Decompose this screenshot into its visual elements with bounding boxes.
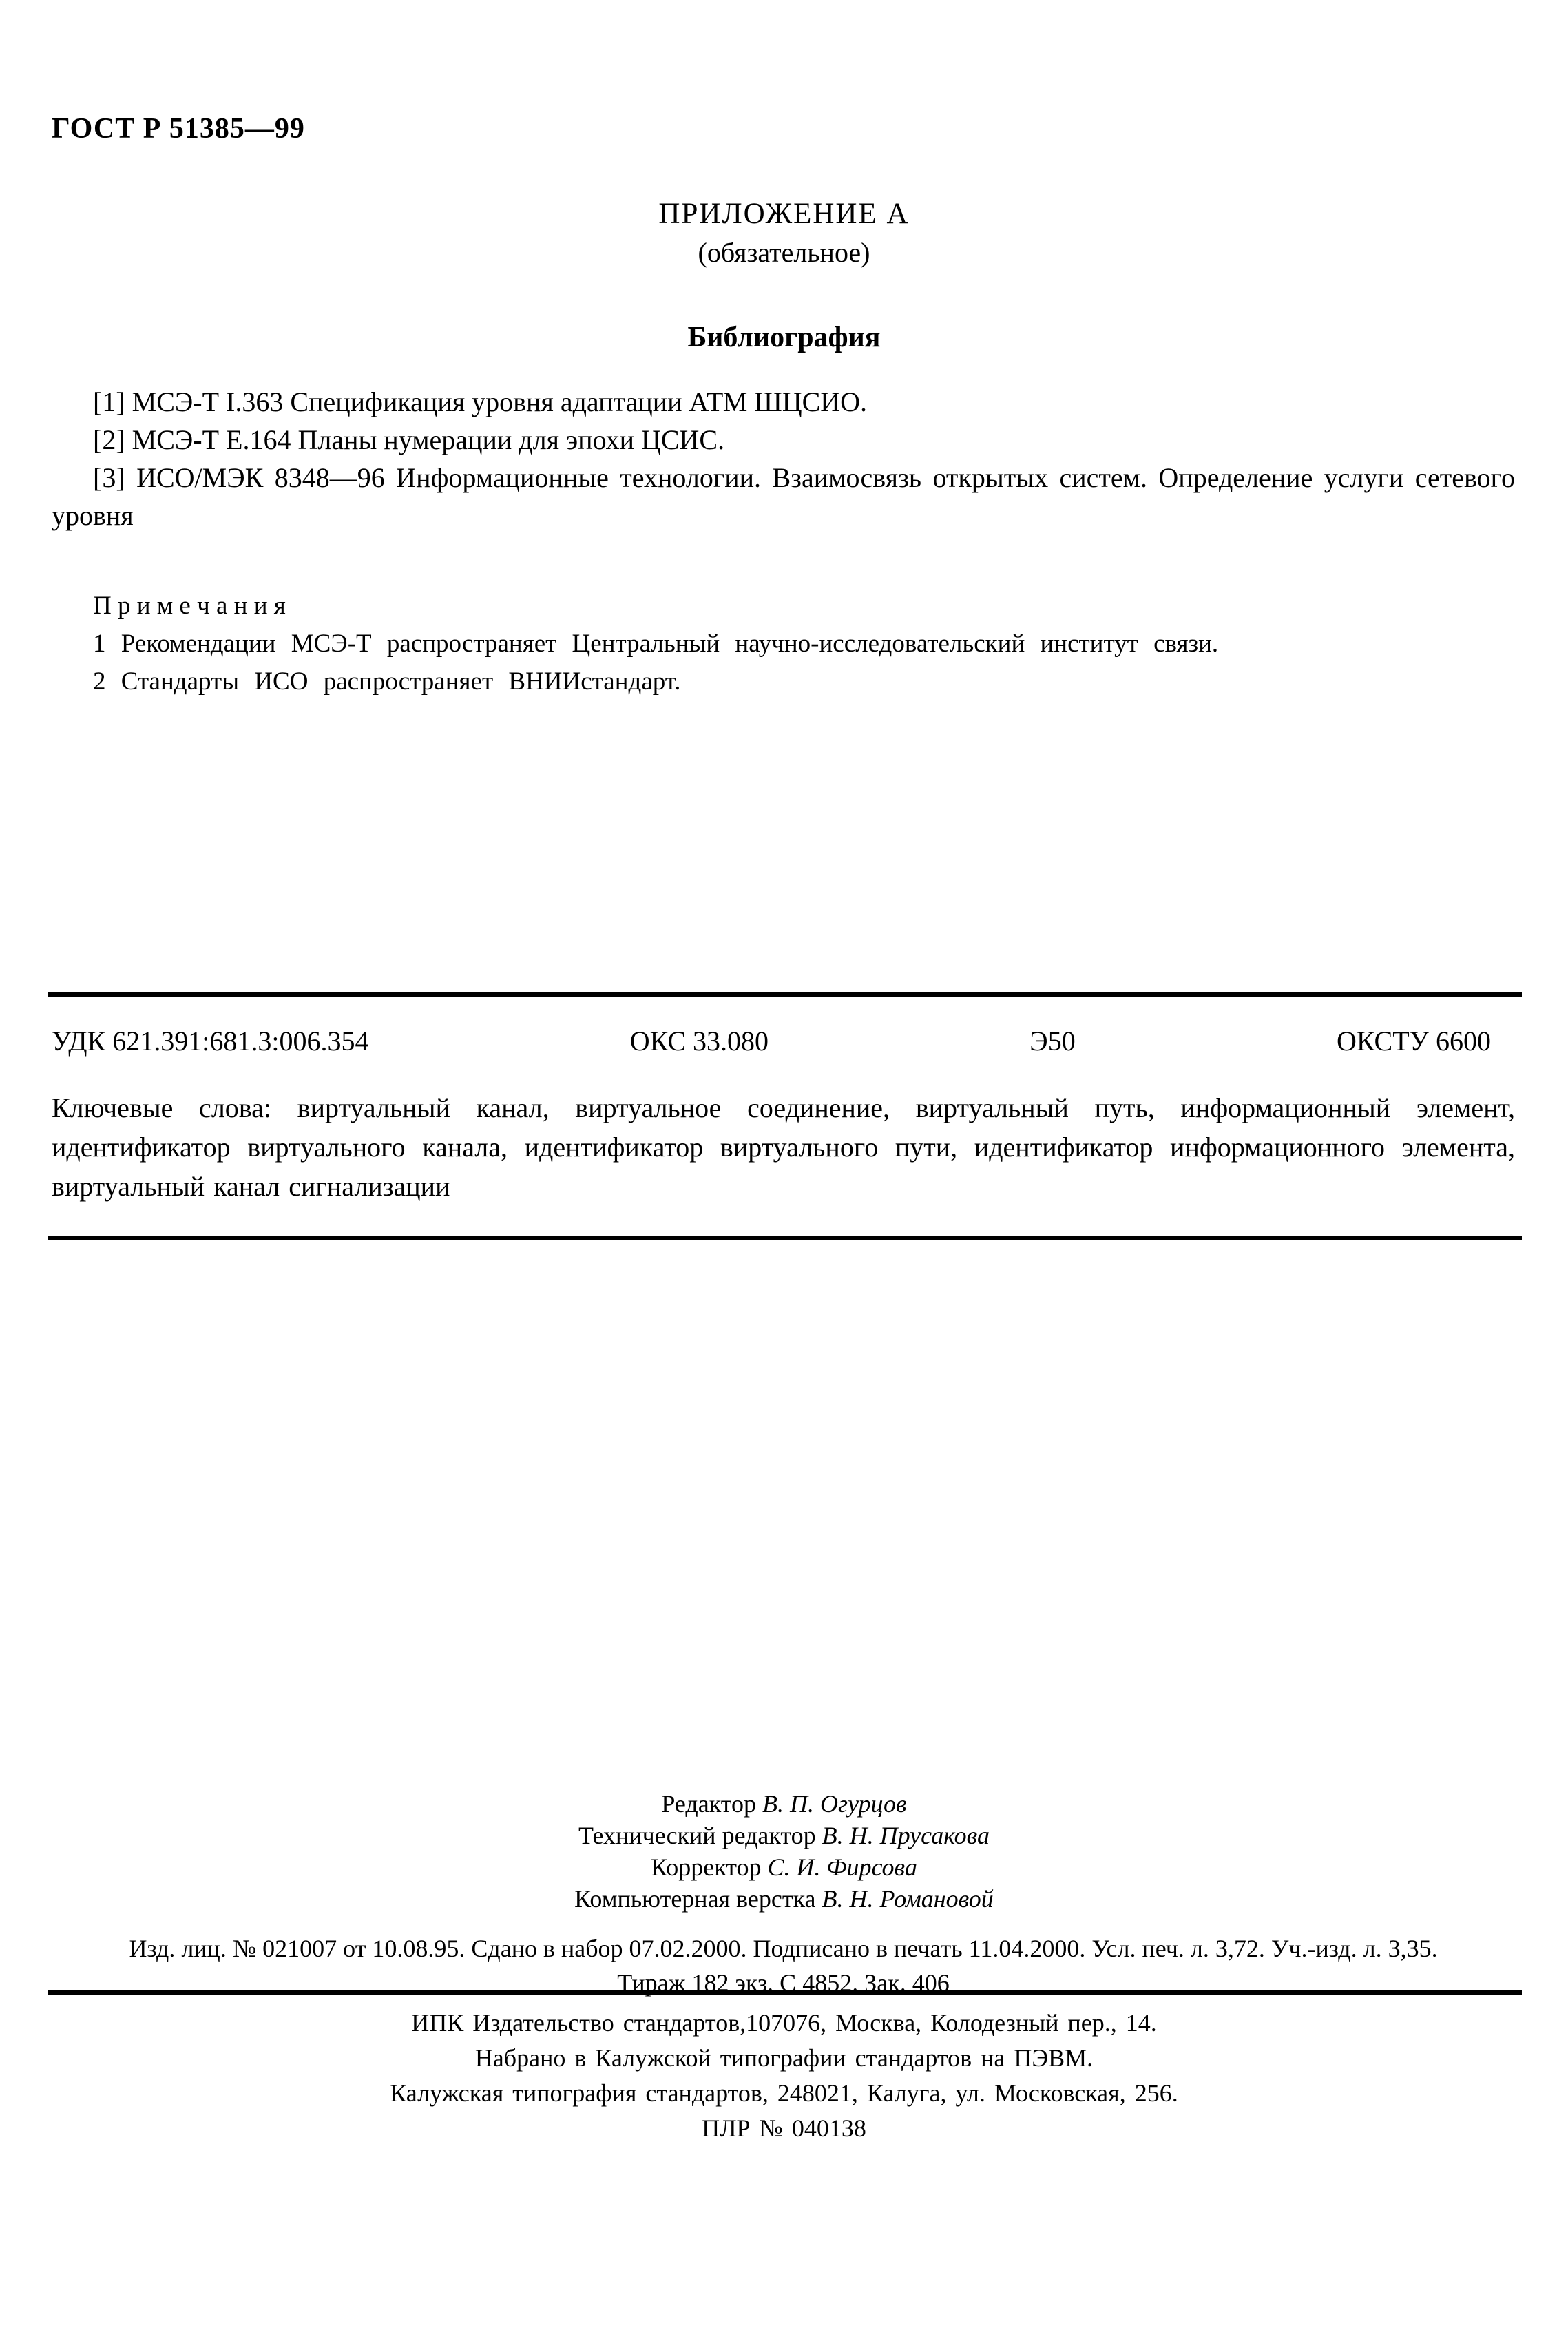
bibliography-references: [1] МСЭ-Т I.363 Спецификация уровня адап… bbox=[52, 383, 1515, 534]
scanned-standard-page: ГОСТ Р 51385—99 ПРИЛОЖЕНИЕ А (обязательн… bbox=[0, 0, 1568, 2330]
credit-name: В. Н. Прусакова bbox=[822, 1822, 990, 1849]
publisher-line: Набрано в Калужской типографии стандарто… bbox=[0, 2041, 1568, 2076]
credit-line: Компьютерная верстка В. Н. Романовой bbox=[0, 1883, 1568, 1915]
document-code: ГОСТ Р 51385—99 bbox=[52, 112, 305, 145]
bibliography-title: Библиография bbox=[0, 321, 1568, 354]
note-item: 1 Рекомендации МСЭ-Т распространяет Цент… bbox=[93, 625, 1477, 663]
credit-name: В. Н. Романовой bbox=[822, 1885, 994, 1913]
publisher-line: ИПК Издательство стандартов,107076, Моск… bbox=[0, 2006, 1568, 2041]
notes-title: П р и м е ч а н и я bbox=[93, 587, 1477, 625]
imprint-line: Изд. лиц. № 021007 от 10.08.95. Сдано в … bbox=[52, 1931, 1515, 1966]
credit-role: Технический редактор bbox=[578, 1822, 816, 1849]
publisher-block: ИПК Издательство стандартов,107076, Моск… bbox=[0, 2006, 1568, 2146]
credit-name: С. И. Фирсова bbox=[768, 1853, 917, 1881]
imprint-line: Тираж 182 экз. С 4852. Зак. 406 bbox=[52, 1966, 1515, 2000]
reference-item: [1] МСЭ-Т I.363 Спецификация уровня адап… bbox=[52, 383, 1515, 421]
credit-role: Редактор bbox=[661, 1790, 756, 1818]
note-item: 2 Стандарты ИСО распространяет ВНИИстанд… bbox=[93, 663, 1477, 700]
credit-role: Корректор bbox=[651, 1853, 761, 1881]
keywords-paragraph: Ключевые слова: виртуальный канал, вирту… bbox=[52, 1088, 1515, 1206]
reference-item: [3] ИСО/МЭК 8348—96 Информационные техно… bbox=[52, 459, 1515, 534]
appendix-heading: ПРИЛОЖЕНИЕ А (обязательное) bbox=[0, 194, 1568, 271]
credits-block: Редактор В. П. Огурцов Технический редак… bbox=[0, 1788, 1568, 1915]
credit-line: Редактор В. П. Огурцов bbox=[0, 1788, 1568, 1820]
classification-codes-row: УДК 621.391:681.3:006.354 ОКС 33.080 Э50… bbox=[52, 1025, 1491, 1057]
group-code: Э50 bbox=[1029, 1025, 1075, 1057]
okstu-code: ОКСТУ 6600 bbox=[1337, 1025, 1491, 1057]
oks-code: ОКС 33.080 bbox=[630, 1025, 769, 1057]
credit-role: Компьютерная верстка bbox=[574, 1885, 815, 1913]
publisher-line: ПЛР № 040138 bbox=[0, 2111, 1568, 2146]
credit-name: В. П. Огурцов bbox=[762, 1790, 907, 1818]
horizontal-rule bbox=[48, 1236, 1522, 1240]
reference-item: [2] МСЭ-Т Е.164 Планы нумерации для эпох… bbox=[52, 421, 1515, 459]
udk-code: УДК 621.391:681.3:006.354 bbox=[52, 1025, 368, 1057]
publisher-line: Калужская типография стандартов, 248021,… bbox=[0, 2076, 1568, 2111]
appendix-title: ПРИЛОЖЕНИЕ А bbox=[0, 194, 1568, 234]
notes-block: П р и м е ч а н и я 1 Рекомендации МСЭ-Т… bbox=[93, 587, 1477, 700]
credit-line: Технический редактор В. Н. Прусакова bbox=[0, 1820, 1568, 1851]
credit-line: Корректор С. И. Фирсова bbox=[0, 1851, 1568, 1883]
horizontal-rule bbox=[48, 992, 1522, 997]
horizontal-rule bbox=[48, 1990, 1522, 1995]
appendix-kind: (обязательное) bbox=[0, 234, 1568, 271]
